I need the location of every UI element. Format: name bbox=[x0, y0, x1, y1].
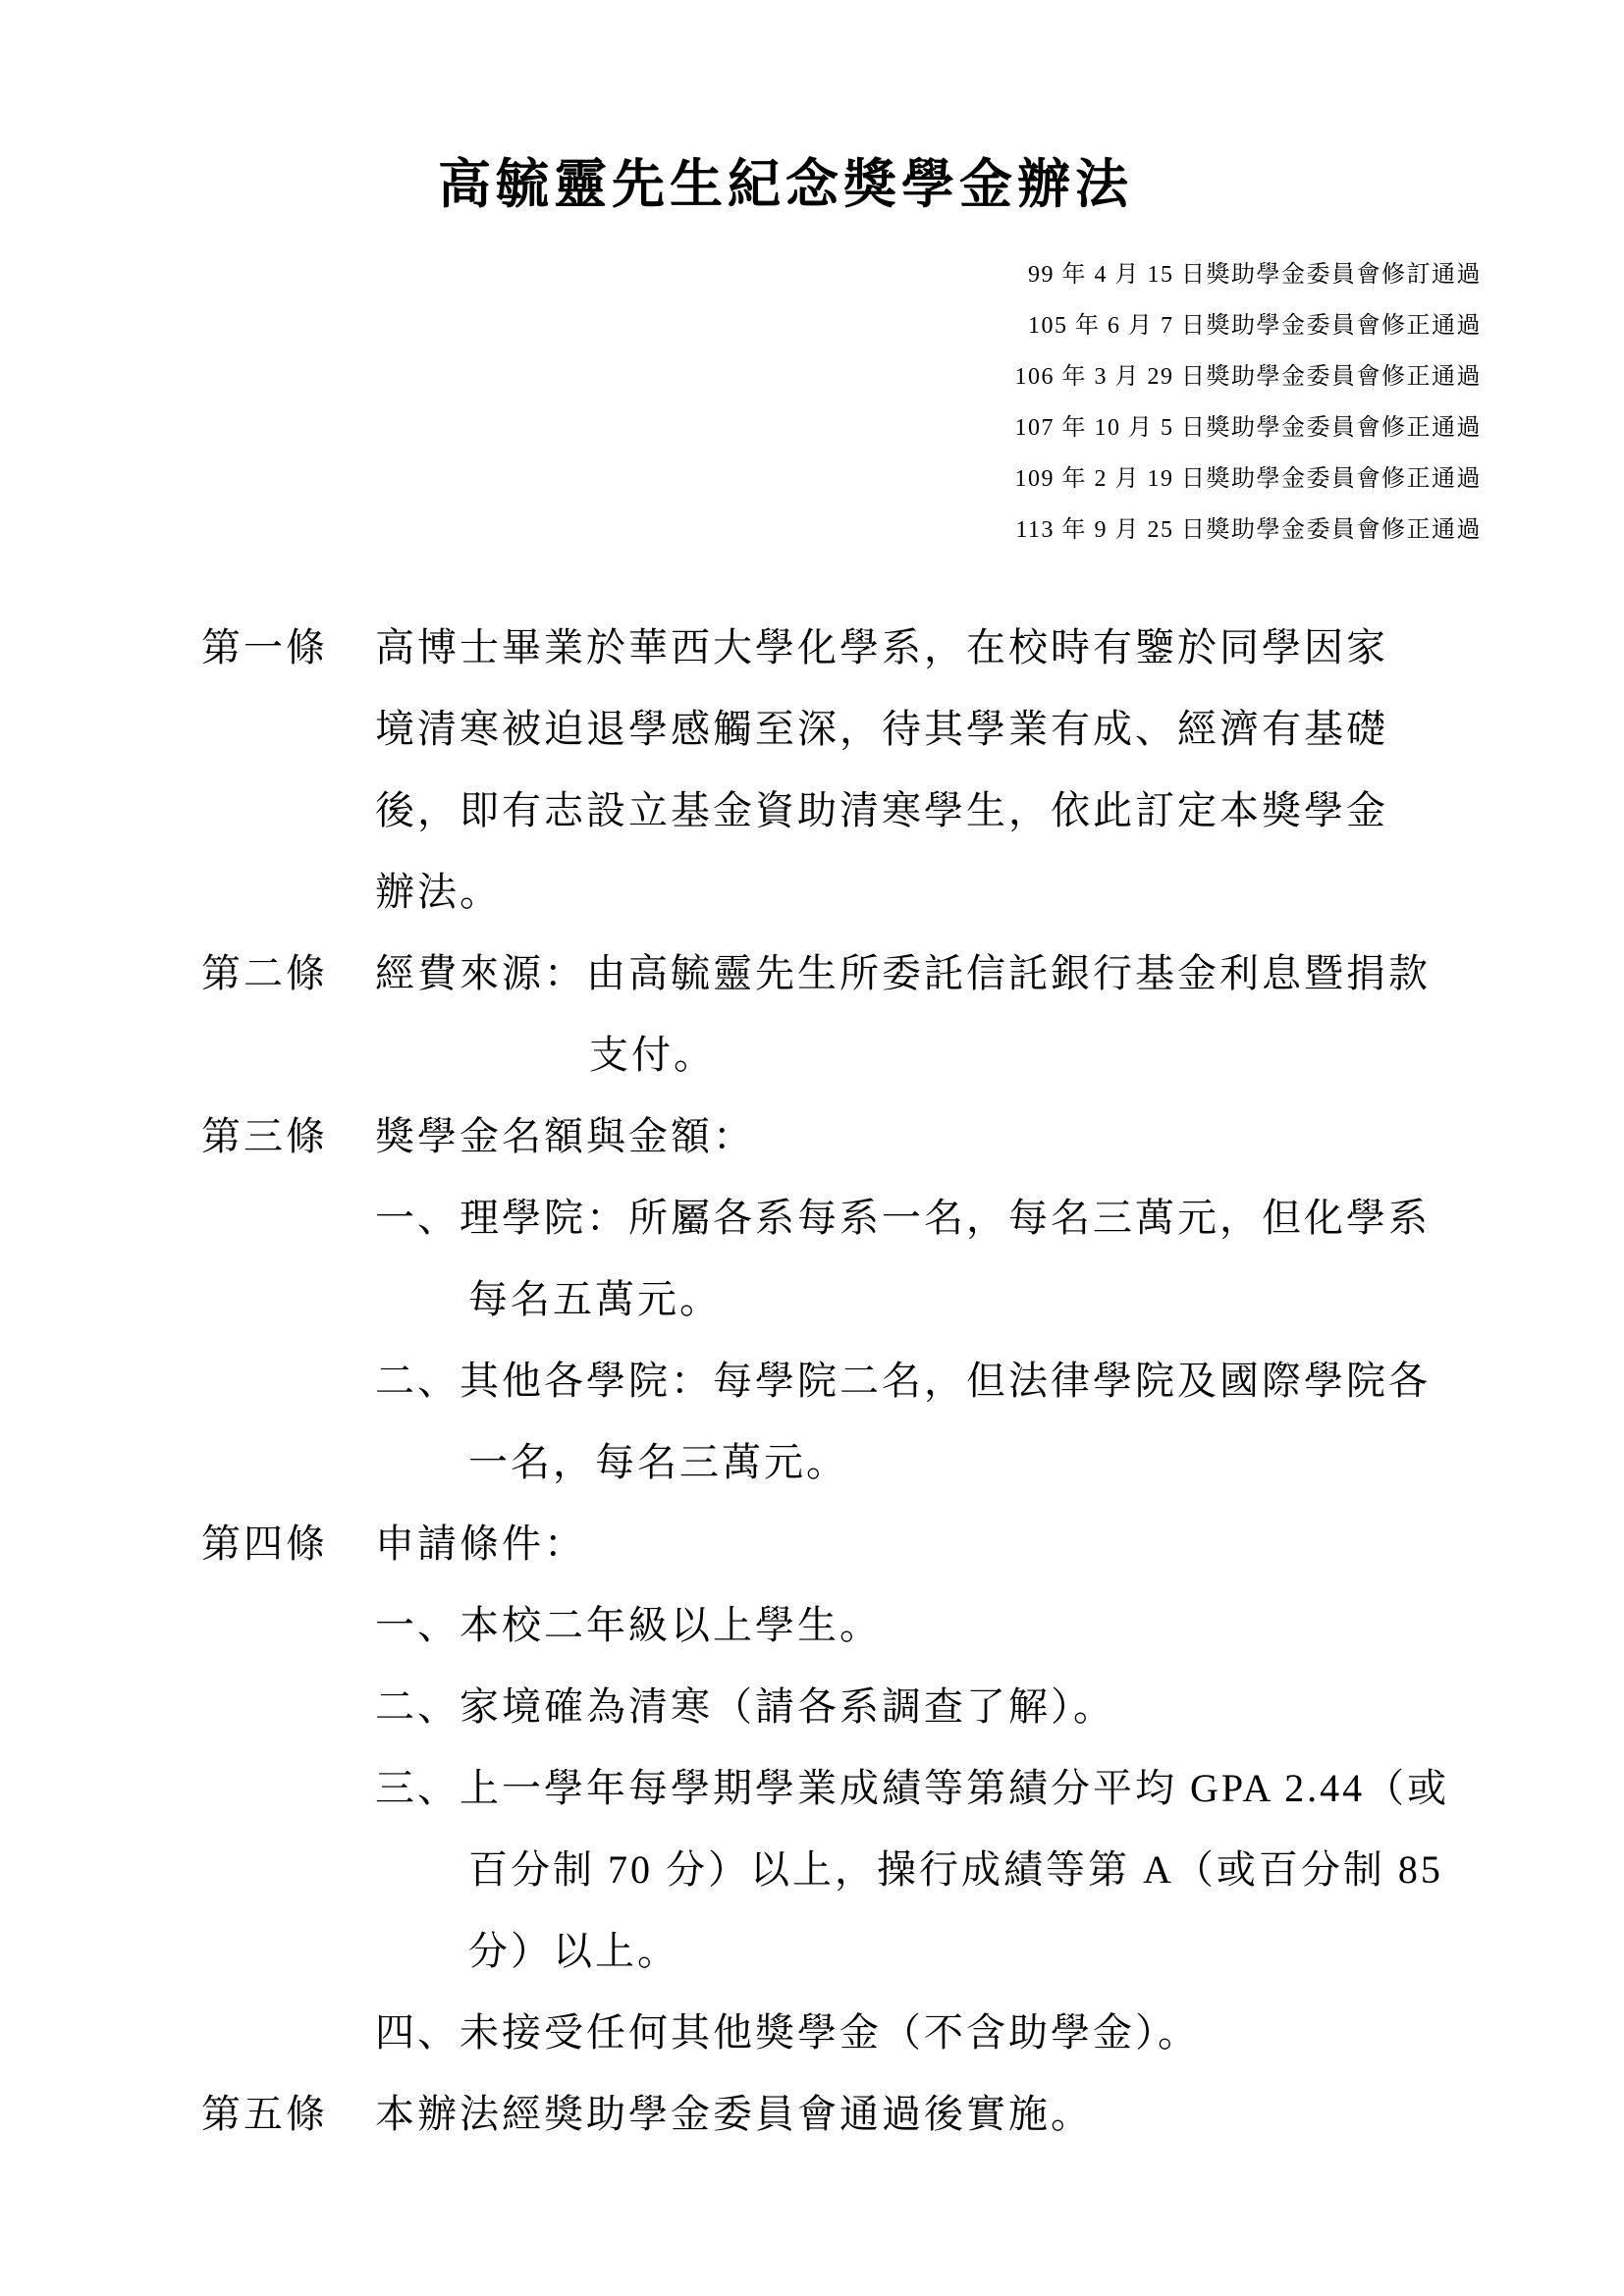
body-line: 二、家境確為清寒（請各系調查了解）。 bbox=[201, 1666, 1556, 1747]
line-text: 百分制 70 分）以上，操行成績等第 A（或百分制 85 bbox=[375, 1829, 1443, 1910]
body-line: 境清寒被迫退學感觸至深，待其學業有成、經濟有基礎 bbox=[201, 688, 1556, 770]
body-line: 後，即有志設立基金資助清寒學生，依此訂定本獎學金 bbox=[201, 770, 1556, 851]
article-label bbox=[201, 1747, 375, 1829]
body-line: 分）以上。 bbox=[201, 1910, 1556, 1992]
revision-line: 106 年 3 月 29 日獎助學金委員會修正通過 bbox=[0, 351, 1482, 402]
line-text: 一名，每名三萬元。 bbox=[375, 1421, 848, 1503]
body-line: 第四條 申請條件： bbox=[201, 1503, 1556, 1584]
body-line: 第五條 本辦法經獎助學金委員會通過後實施。 bbox=[201, 2073, 1556, 2155]
line-text: 支付。 bbox=[375, 1014, 716, 1095]
body-line: 百分制 70 分）以上，操行成績等第 A（或百分制 85 bbox=[201, 1829, 1556, 1910]
line-text: 四、未接受任何其他獎學金（不含助學金）。 bbox=[375, 1992, 1200, 2073]
revision-line: 99 年 4 月 15 日獎助學金委員會修訂通過 bbox=[0, 249, 1482, 300]
line-text: 本辦法經獎助學金委員會通過後實施。 bbox=[375, 2073, 1093, 2155]
line-text: 分）以上。 bbox=[375, 1910, 679, 1992]
line-text: 後，即有志設立基金資助清寒學生，依此訂定本獎學金 bbox=[375, 770, 1388, 851]
line-text: 申請條件： bbox=[375, 1503, 586, 1584]
article-label bbox=[201, 770, 375, 851]
article-label: 第五條 bbox=[201, 2073, 375, 2155]
article-label bbox=[201, 1666, 375, 1747]
article-label bbox=[201, 1177, 375, 1258]
body-line: 第一條 高博士畢業於華西大學化學系，在校時有鑒於同學因家 bbox=[201, 607, 1556, 688]
article-label bbox=[201, 1584, 375, 1666]
line-text: 經費來源：由高毓靈先生所委託信託銀行基金利息暨捐款 bbox=[375, 933, 1431, 1014]
article-label bbox=[201, 688, 375, 770]
body-line: 辦法。 bbox=[201, 851, 1556, 933]
article-label bbox=[201, 1258, 375, 1340]
revision-line: 107 年 10 月 5 日獎助學金委員會修正通過 bbox=[0, 402, 1482, 454]
article-label: 第一條 bbox=[201, 607, 375, 688]
article-label bbox=[201, 1910, 375, 1992]
line-text: 高博士畢業於華西大學化學系，在校時有鑒於同學因家 bbox=[375, 607, 1388, 688]
revision-line: 113 年 9 月 25 日獎助學金委員會修正通過 bbox=[0, 505, 1482, 556]
document-title: 高毓靈先生紀念獎學金辦法 bbox=[0, 145, 1571, 224]
article-label bbox=[201, 1014, 375, 1095]
body-line: 每名五萬元。 bbox=[201, 1258, 1556, 1340]
body-line: 三、上一學年每學期學業成績等第績分平均 GPA 2.44（或 bbox=[201, 1747, 1556, 1829]
article-label bbox=[201, 851, 375, 933]
article-label bbox=[201, 1421, 375, 1503]
article-label bbox=[201, 1992, 375, 2073]
body-line: 一、本校二年級以上學生。 bbox=[201, 1584, 1556, 1666]
revision-history: 99 年 4 月 15 日獎助學金委員會修訂通過 105 年 6 月 7 日獎助… bbox=[0, 249, 1482, 556]
revision-line: 105 年 6 月 7 日獎助學金委員會修正通過 bbox=[0, 300, 1482, 351]
line-text: 三、上一學年每學期學業成績等第績分平均 GPA 2.44（或 bbox=[375, 1747, 1449, 1829]
body-line: 第二條 經費來源：由高毓靈先生所委託信託銀行基金利息暨捐款 bbox=[201, 933, 1556, 1014]
article-label bbox=[201, 1340, 375, 1421]
body-line: 第三條 獎學金名額與金額： bbox=[201, 1095, 1556, 1177]
document-body: 第一條 高博士畢業於華西大學化學系，在校時有鑒於同學因家 境清寒被迫退學感觸至深… bbox=[201, 607, 1556, 2155]
line-text: 二、其他各學院：每學院二名，但法律學院及國際學院各 bbox=[375, 1340, 1431, 1421]
body-line: 二、其他各學院：每學院二名，但法律學院及國際學院各 bbox=[201, 1340, 1556, 1421]
line-text: 辦法。 bbox=[375, 851, 502, 933]
body-line: 支付。 bbox=[201, 1014, 1556, 1095]
article-label: 第二條 bbox=[201, 933, 375, 1014]
body-line: 一、理學院：所屬各系每系一名，每名三萬元，但化學系 bbox=[201, 1177, 1556, 1258]
line-text: 一、理學院：所屬各系每系一名，每名三萬元，但化學系 bbox=[375, 1177, 1431, 1258]
body-line: 四、未接受任何其他獎學金（不含助學金）。 bbox=[201, 1992, 1556, 2073]
article-label: 第三條 bbox=[201, 1095, 375, 1177]
line-text: 獎學金名額與金額： bbox=[375, 1095, 755, 1177]
body-line: 一名，每名三萬元。 bbox=[201, 1421, 1556, 1503]
line-text: 每名五萬元。 bbox=[375, 1258, 722, 1340]
revision-line: 109 年 2 月 19 日獎助學金委員會修正通過 bbox=[0, 454, 1482, 505]
article-label bbox=[201, 1829, 375, 1910]
document-page: 高毓靈先生紀念獎學金辦法 99 年 4 月 15 日獎助學金委員會修訂通過 10… bbox=[0, 0, 1624, 2296]
article-label: 第四條 bbox=[201, 1503, 375, 1584]
line-text: 一、本校二年級以上學生。 bbox=[375, 1584, 882, 1666]
line-text: 二、家境確為清寒（請各系調查了解）。 bbox=[375, 1666, 1115, 1747]
line-text: 境清寒被迫退學感觸至深，待其學業有成、經濟有基礎 bbox=[375, 688, 1388, 770]
